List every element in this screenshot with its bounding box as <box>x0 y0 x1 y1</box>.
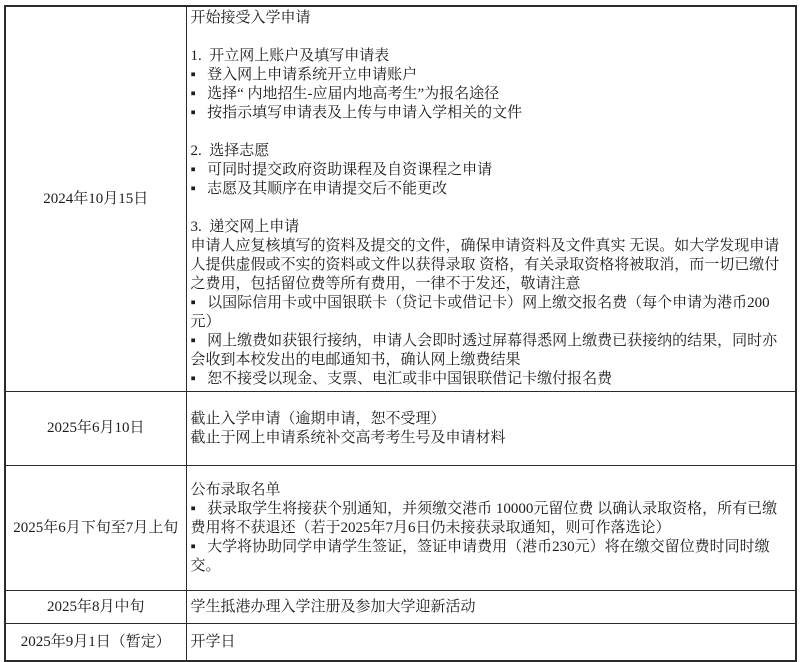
table-row: 2025年6月下旬至7月上旬 公布录取名单 ▪ 获录取学生将接获个别通知，并须缴… <box>5 466 796 591</box>
date-cell: 2025年8月中旬 <box>5 591 186 624</box>
date-cell: 2025年9月1日（暂定） <box>5 624 186 662</box>
table-row: 2025年6月10日 截止入学申请（逾期申请，恕不受理） 截止于网上申请系统补交… <box>5 392 796 466</box>
date-cell: 2024年10月15日 <box>5 6 186 392</box>
content-cell: 截止入学申请（逾期申请，恕不受理） 截止于网上申请系统补交高考考生号及申请材料 <box>186 392 796 466</box>
content-cell: 公布录取名单 ▪ 获录取学生将接获个别通知，并须缴交港币 10000元留位费 以… <box>186 466 796 591</box>
content-cell: 开学日 <box>186 624 796 662</box>
table-row: 2025年9月1日（暂定） 开学日 <box>5 624 796 662</box>
admission-schedule: 2024年10月15日 开始接受入学申请 1. 开立网上账户及填写申请表 ▪ 登… <box>4 5 797 662</box>
content-cell: 学生抵港办理入学注册及参加大学迎新活动 <box>186 591 796 624</box>
schedule-table: 2024年10月15日 开始接受入学申请 1. 开立网上账户及填写申请表 ▪ 登… <box>4 5 797 662</box>
date-cell: 2025年6月10日 <box>5 392 186 466</box>
content-cell: 开始接受入学申请 1. 开立网上账户及填写申请表 ▪ 登入网上申请系统开立申请账… <box>186 6 796 392</box>
table-row: 2025年8月中旬 学生抵港办理入学注册及参加大学迎新活动 <box>5 591 796 624</box>
table-row: 2024年10月15日 开始接受入学申请 1. 开立网上账户及填写申请表 ▪ 登… <box>5 6 796 392</box>
date-cell: 2025年6月下旬至7月上旬 <box>5 466 186 591</box>
